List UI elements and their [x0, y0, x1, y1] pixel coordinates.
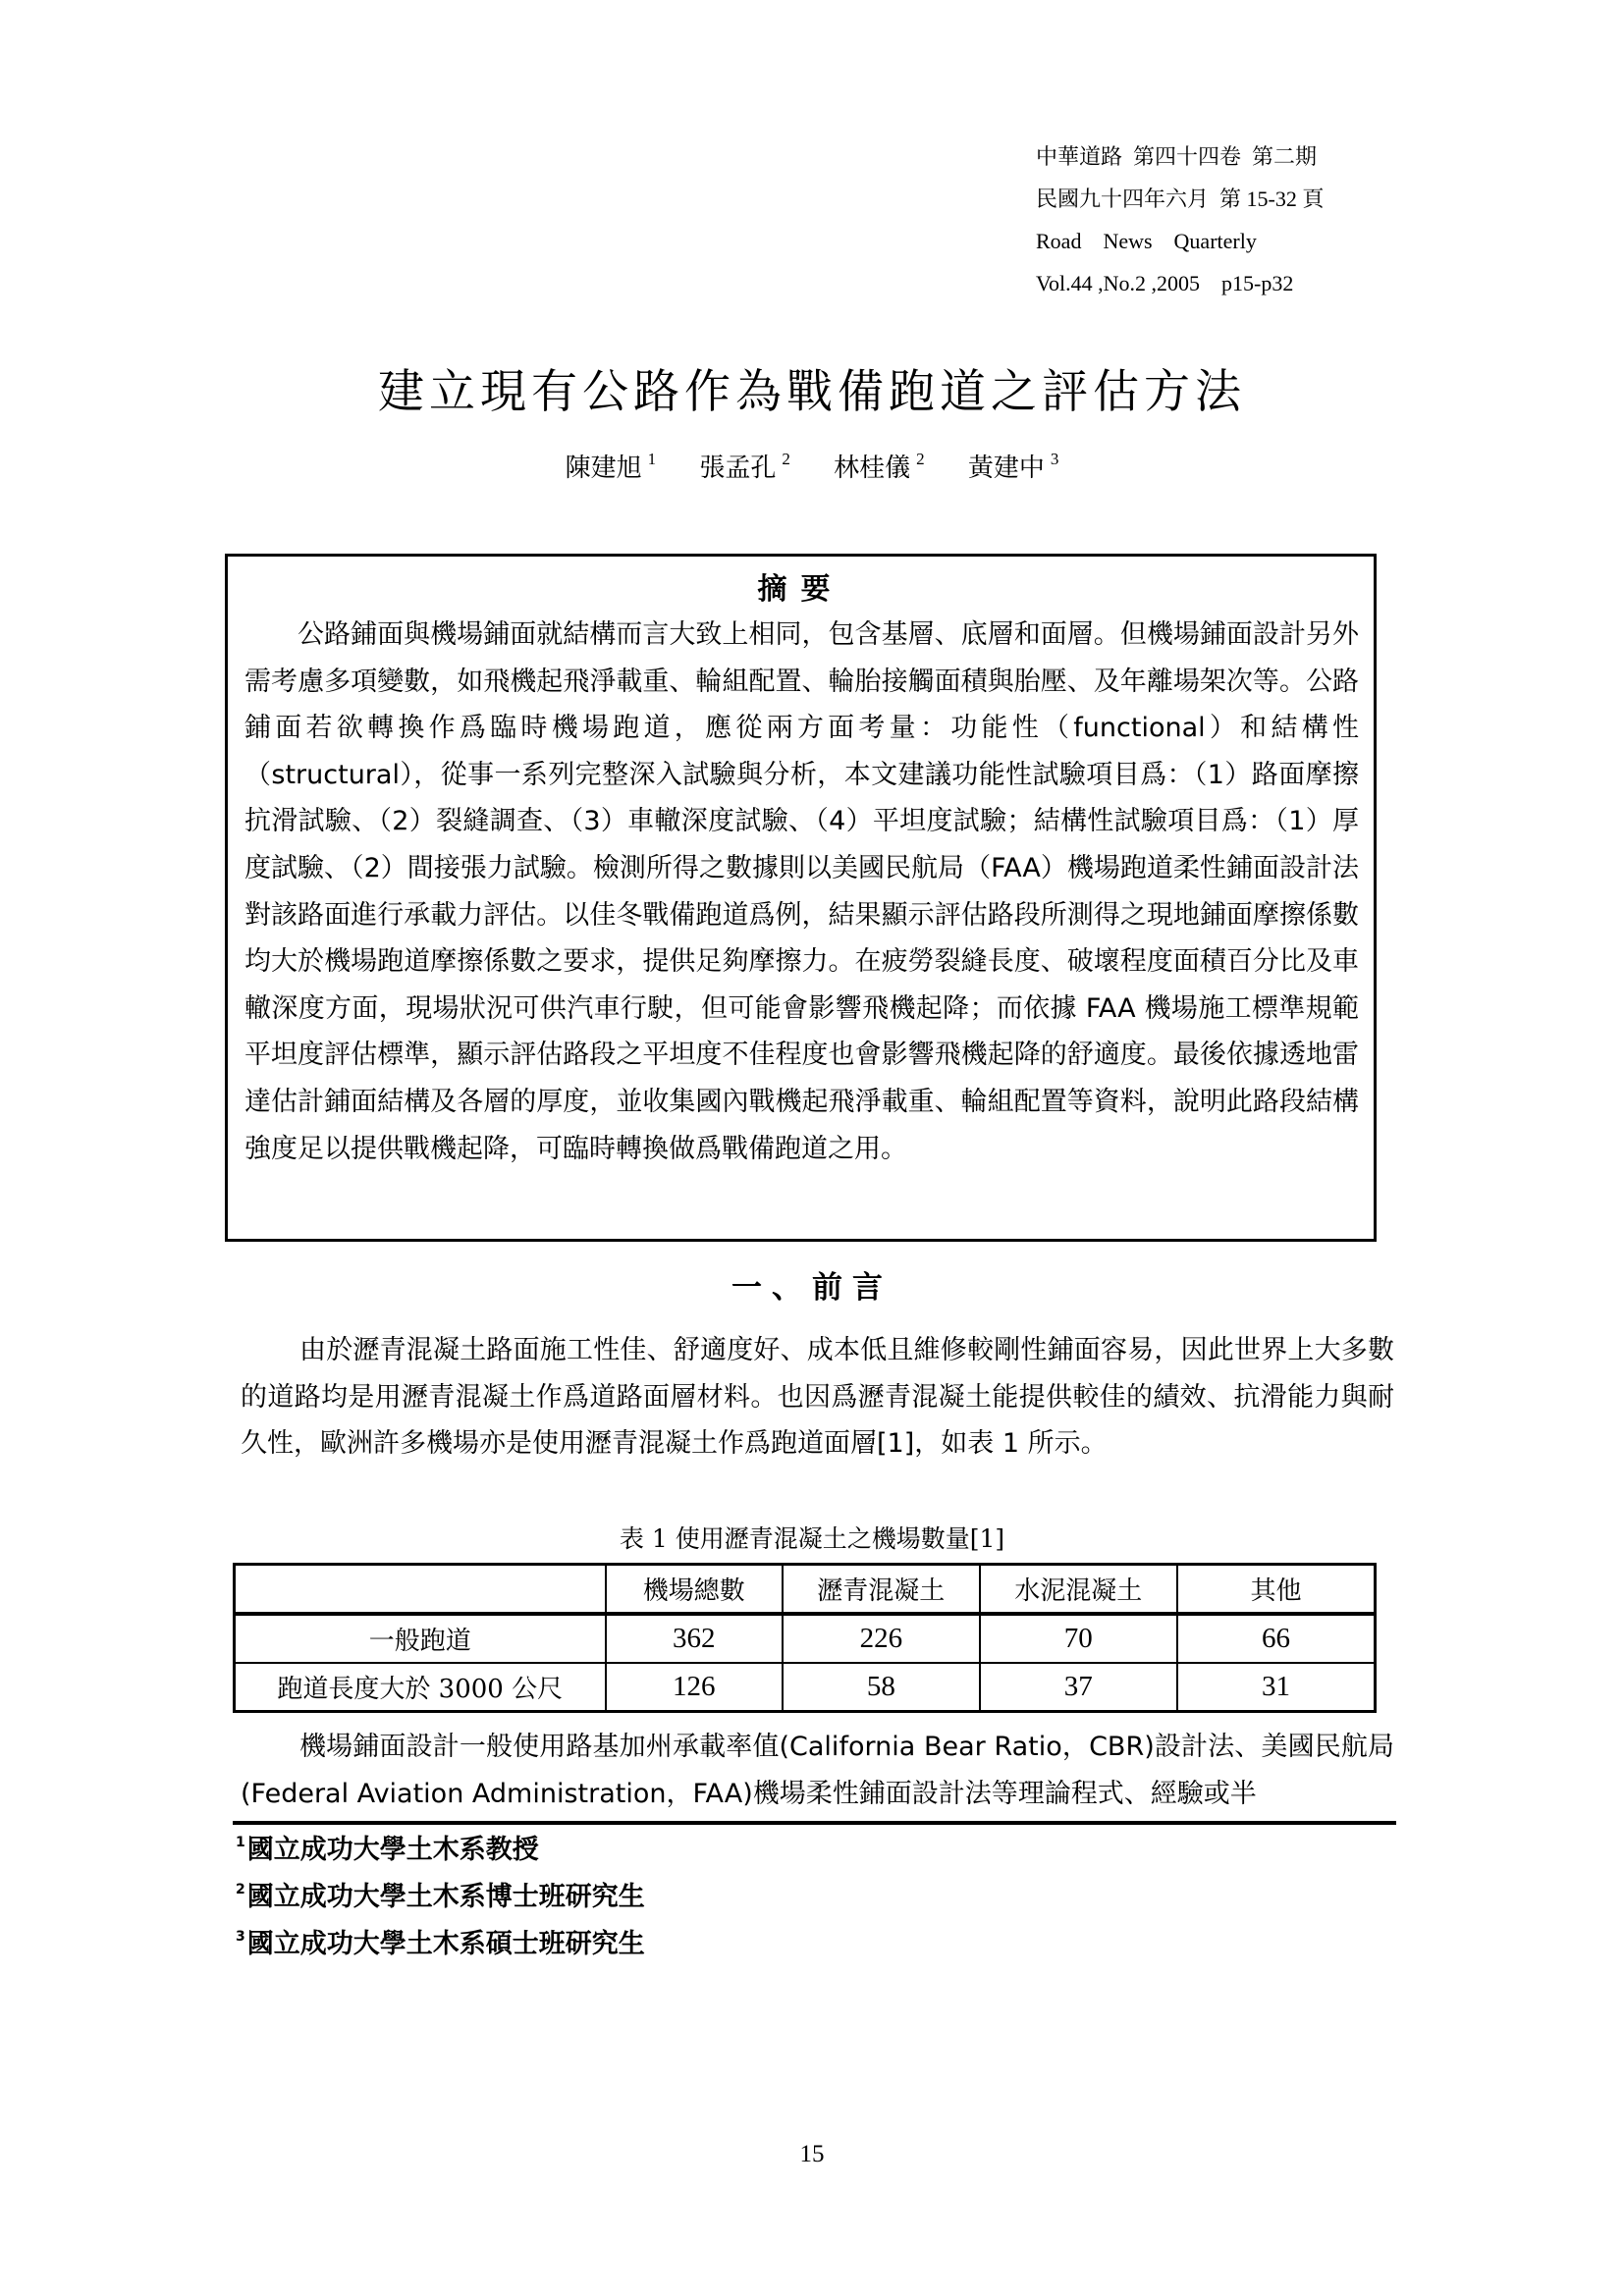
table-header-cell: 水泥混凝土 [980, 1565, 1177, 1615]
affiliation-mark: 2 [782, 450, 790, 468]
table-cell: 362 [606, 1614, 784, 1663]
table-cell: 70 [980, 1614, 1177, 1663]
footnote: 2國立成功大學土木系博士班研究生 [236, 1883, 645, 1912]
section-heading-introduction: 一、前言 [0, 1262, 1624, 1307]
journal-name-english: Road News Quarterly [1036, 220, 1448, 262]
abstract-box: 摘要 公路鋪面與機場鋪面就結構而言大致上相同，包含基層、底層和面層。但機場鋪面設… [225, 554, 1377, 1242]
table-header-row: 機場總數 瀝青混凝土 水泥混凝土 其他 [235, 1565, 1376, 1615]
page-number: 15 [0, 2141, 1624, 2168]
footnote: 1國立成功大學土木系教授 [236, 1836, 539, 1865]
affiliation-mark: 1 [648, 450, 657, 468]
footnote: 3國立成功大學土木系碩士班研究生 [236, 1930, 645, 1959]
author-name: 張孟孔 [699, 454, 776, 483]
table-header-cell: 其他 [1177, 1565, 1375, 1615]
footnote-divider [233, 1821, 1396, 1825]
author: 黃建中3 [968, 454, 1059, 483]
author: 張孟孔2 [699, 454, 790, 483]
affiliation-mark: 2 [916, 450, 925, 468]
footnote-text: 國立成功大學土木系博士班研究生 [247, 1882, 645, 1912]
row-label: 一般跑道 [235, 1614, 606, 1663]
row-label: 跑道長度大於 3000 公尺 [235, 1663, 606, 1712]
affiliation-mark: 3 [1051, 450, 1059, 468]
intro-paragraph-2: 機場鋪面設計一般使用路基加州承載率值(California Bear Ratio… [241, 1724, 1394, 1817]
journal-date-pages: 民國九十四年六月 第 15-32 頁 [1036, 178, 1448, 220]
journal-volume-english: Vol.44 ,No.2 ,2005 p15-p32 [1036, 262, 1448, 304]
table-header-cell [235, 1565, 606, 1615]
paper-title: 建立現有公路作為戰備跑道之評估方法 [0, 355, 1624, 421]
table-cell: 226 [783, 1614, 980, 1663]
journal-header: 中華道路 第四十四卷 第二期 民國九十四年六月 第 15-32 頁 Road N… [1036, 135, 1448, 304]
abstract-text: 公路鋪面與機場鋪面就結構而言大致上相同，包含基層、底層和面層。但機場鋪面設計另外… [244, 612, 1359, 1172]
airport-count-table: 機場總數 瀝青混凝土 水泥混凝土 其他 一般跑道 362 226 70 66 跑… [233, 1563, 1377, 1713]
author: 林桂儀2 [834, 454, 925, 483]
footnote-text: 國立成功大學土木系碩士班研究生 [247, 1929, 645, 1959]
author-name: 陳建旭 [566, 454, 642, 483]
footnote-text: 國立成功大學土木系教授 [247, 1835, 539, 1865]
table-row: 一般跑道 362 226 70 66 [235, 1614, 1376, 1663]
footnote-mark: 2 [236, 1882, 245, 1897]
abstract-heading: 摘要 [228, 564, 1374, 608]
author-name: 黃建中 [968, 454, 1045, 483]
table-cell: 31 [1177, 1663, 1375, 1712]
table-caption: 表 1 使用瀝青混凝土之機場數量[1] [0, 1520, 1624, 1555]
table-cell: 66 [1177, 1614, 1375, 1663]
table-cell: 126 [606, 1663, 784, 1712]
author-list: 陳建旭1 張孟孔2 林桂儀2 黃建中3 [0, 448, 1624, 484]
table-cell: 37 [980, 1663, 1177, 1712]
intro-paragraph-1: 由於瀝青混凝土路面施工性佳、舒適度好、成本低且維修較剛性鋪面容易，因此世界上大多… [241, 1327, 1394, 1468]
table-row: 跑道長度大於 3000 公尺 126 58 37 31 [235, 1663, 1376, 1712]
author: 陳建旭1 [566, 454, 657, 483]
table-header-cell: 機場總數 [606, 1565, 784, 1615]
journal-name-volume: 中華道路 第四十四卷 第二期 [1036, 135, 1448, 178]
author-name: 林桂儀 [834, 454, 910, 483]
table-cell: 58 [783, 1663, 980, 1712]
footnote-mark: 1 [236, 1835, 245, 1850]
table-header-cell: 瀝青混凝土 [783, 1565, 980, 1615]
footnote-mark: 3 [236, 1929, 245, 1945]
